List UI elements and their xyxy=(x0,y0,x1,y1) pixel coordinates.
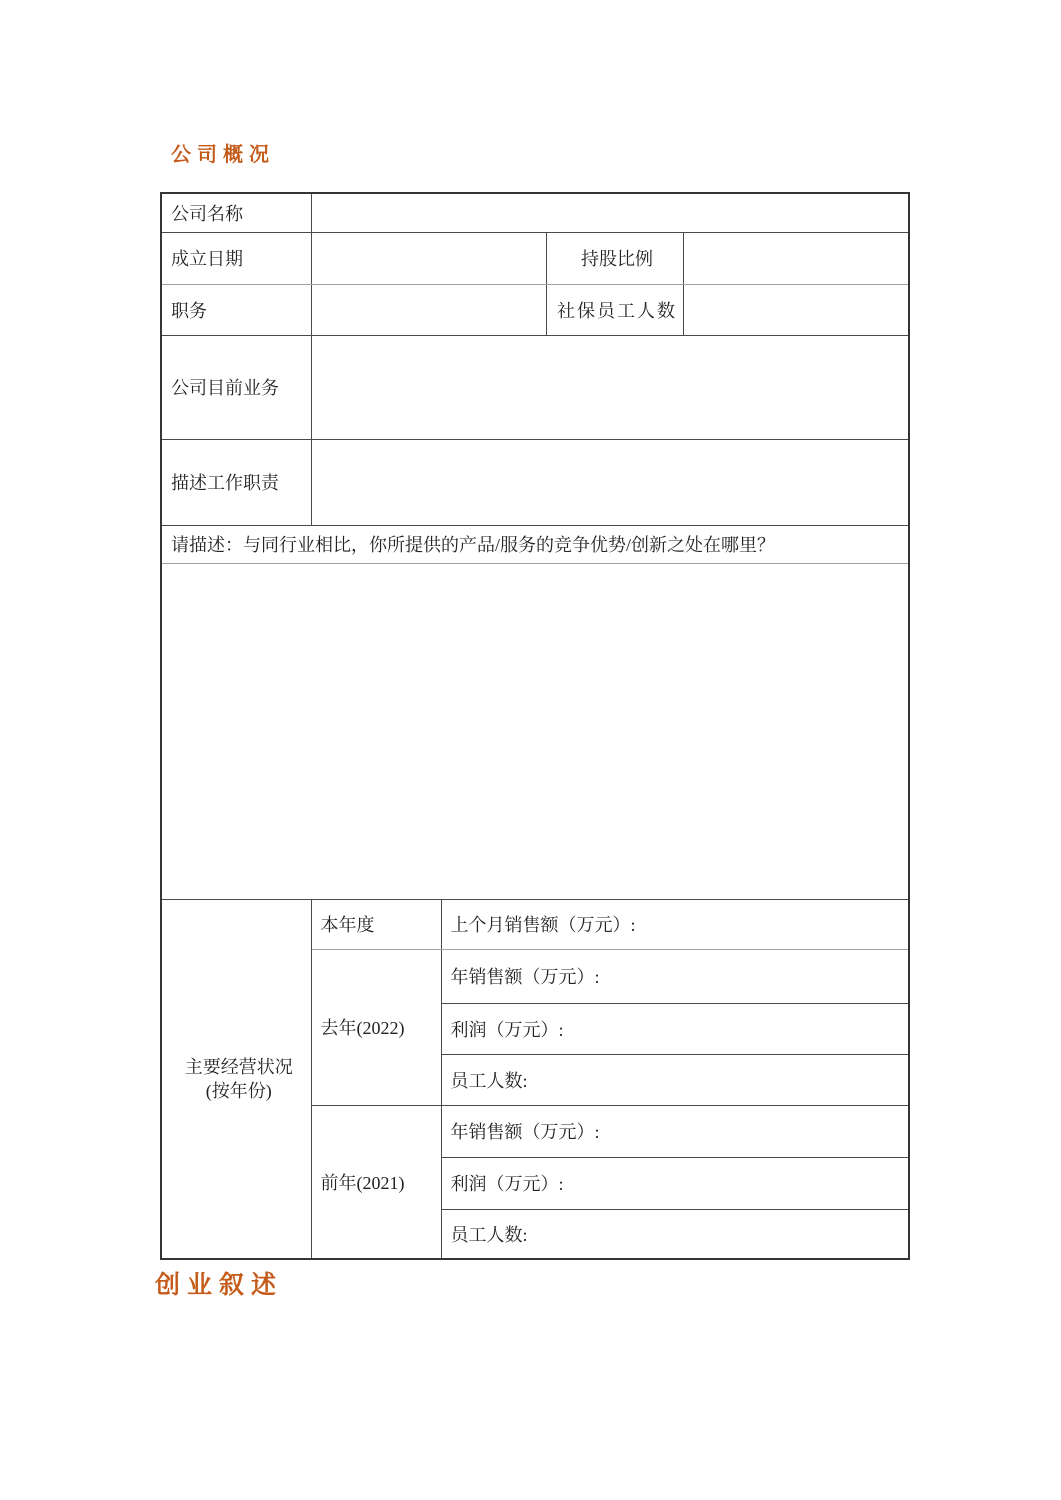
competitive-advantage-prompt: 请描述：与同行业相比，你所提供的产品/服务的竞争优势/创新之处在哪里？ xyxy=(161,525,909,563)
position-input-cell[interactable] xyxy=(311,284,546,335)
operating-status-header-line2: (按年份) xyxy=(171,1079,307,1103)
job-duties-label: 描述工作职责 xyxy=(161,439,311,525)
company-overview-table: 公司名称 成立日期 持股比例 职务 社保员工人数 公司目前业务 描述工作职责 xyxy=(160,192,910,1260)
period-current-year-label: 本年度 xyxy=(311,899,441,949)
section-heading-venture-narrative: 创业叙述 xyxy=(155,1270,283,1302)
metric-last-month-sales[interactable]: 上个月销售额（万元）: xyxy=(441,899,909,949)
metric-last-year-profit[interactable]: 利润（万元）: xyxy=(441,1003,909,1054)
insured-employees-input-cell[interactable] xyxy=(683,284,909,335)
row-current-business: 公司目前业务 xyxy=(161,335,909,439)
insured-employees-label: 社保员工人数 xyxy=(546,284,683,335)
founding-date-input-cell[interactable] xyxy=(311,232,546,284)
job-duties-input-cell[interactable] xyxy=(311,439,909,525)
company-name-input-cell[interactable] xyxy=(311,193,909,232)
shareholding-ratio-input-cell[interactable] xyxy=(683,232,909,284)
row-position: 职务 社保员工人数 xyxy=(161,284,909,335)
row-company-name: 公司名称 xyxy=(161,193,909,232)
document-page: 公司概况 公司名称 成立日期 持股比例 职务 社保员工人数 xyxy=(0,0,1061,1500)
company-name-label: 公司名称 xyxy=(161,193,311,232)
period-prior-year-label: 前年(2021) xyxy=(311,1105,441,1259)
section-heading-company-overview: 公司概况 xyxy=(171,142,275,168)
operating-status-header: 主要经营状况 (按年份) xyxy=(161,899,311,1259)
row-founding-date: 成立日期 持股比例 xyxy=(161,232,909,284)
metric-prior-year-headcount[interactable]: 员工人数: xyxy=(441,1209,909,1259)
row-competitive-advantage-answer xyxy=(161,563,909,899)
metric-last-year-annual-sales[interactable]: 年销售额（万元）: xyxy=(441,949,909,1003)
metric-prior-year-annual-sales[interactable]: 年销售额（万元）: xyxy=(441,1105,909,1157)
row-job-duties: 描述工作职责 xyxy=(161,439,909,525)
operating-status-header-line1: 主要经营状况 xyxy=(171,1055,307,1079)
current-business-label: 公司目前业务 xyxy=(161,335,311,439)
row-current-year-sales: 主要经营状况 (按年份) 本年度 上个月销售额（万元）: xyxy=(161,899,909,949)
position-label: 职务 xyxy=(161,284,311,335)
founding-date-label: 成立日期 xyxy=(161,232,311,284)
row-competitive-advantage-prompt: 请描述：与同行业相比，你所提供的产品/服务的竞争优势/创新之处在哪里？ xyxy=(161,525,909,563)
metric-last-year-headcount[interactable]: 员工人数: xyxy=(441,1054,909,1105)
current-business-input-cell[interactable] xyxy=(311,335,909,439)
period-last-year-label: 去年(2022) xyxy=(311,949,441,1105)
shareholding-ratio-label: 持股比例 xyxy=(546,232,683,284)
competitive-advantage-answer-cell[interactable] xyxy=(161,563,909,899)
metric-prior-year-profit[interactable]: 利润（万元）: xyxy=(441,1157,909,1209)
